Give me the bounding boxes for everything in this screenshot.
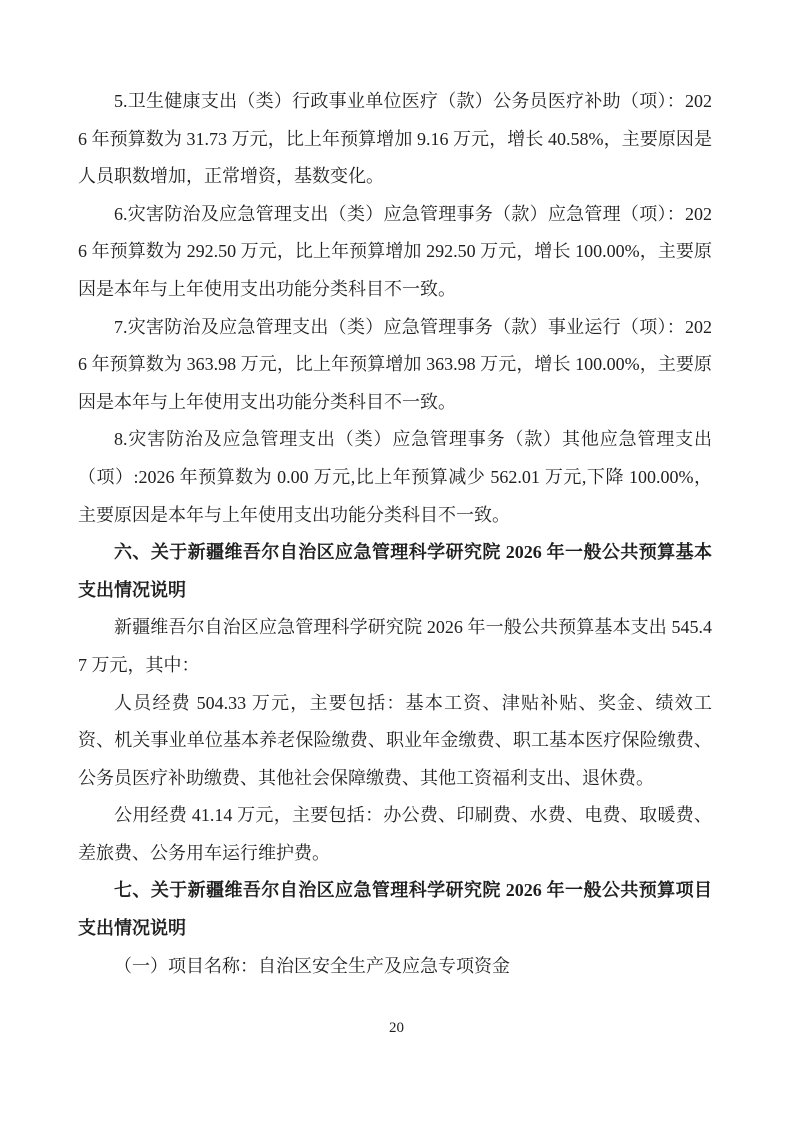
section-heading-seven-project-expenditure: 七、关于新疆维吾尔自治区应急管理科学研究院 2026 年一般公共预算项目支出情况… (78, 872, 712, 947)
document-body: 5.卫生健康支出（类）行政事业单位医疗（款）公务员医疗补助（项）：2026 年预… (78, 83, 712, 985)
paragraph-item-5-health-expenditure: 5.卫生健康支出（类）行政事业单位医疗（款）公务员医疗补助（项）：2026 年预… (78, 83, 712, 196)
paragraph-item-6-emergency-management: 6.灾害防治及应急管理支出（类）应急管理事务（款）应急管理（项）：2026 年预… (78, 196, 712, 309)
paragraph-personnel-funds: 人员经费 504.33 万元，主要包括：基本工资、津贴补贴、奖金、绩效工资、机关… (78, 685, 712, 798)
paragraph-project-name: （一）项目名称：自治区安全生产及应急专项资金 (78, 948, 712, 986)
paragraph-public-funds: 公用经费 41.14 万元，主要包括：办公费、印刷费、水费、电费、取暖费、差旅费… (78, 797, 712, 872)
document-page: 5.卫生健康支出（类）行政事业单位医疗（款）公务员医疗补助（项）：2026 年预… (0, 0, 793, 1122)
section-heading-six-basic-expenditure: 六、关于新疆维吾尔自治区应急管理科学研究院 2026 年一般公共预算基本支出情况… (78, 534, 712, 609)
paragraph-basic-expenditure-total: 新疆维吾尔自治区应急管理科学研究院 2026 年一般公共预算基本支出 545.4… (78, 609, 712, 684)
page-number: 20 (0, 1020, 793, 1037)
paragraph-item-7-institution-operation: 7.灾害防治及应急管理支出（类）应急管理事务（款）事业运行（项）：2026 年预… (78, 309, 712, 422)
paragraph-item-8-other-emergency-expenditure: 8.灾害防治及应急管理支出（类）应急管理事务（款）其他应急管理支出（项）:202… (78, 421, 712, 534)
